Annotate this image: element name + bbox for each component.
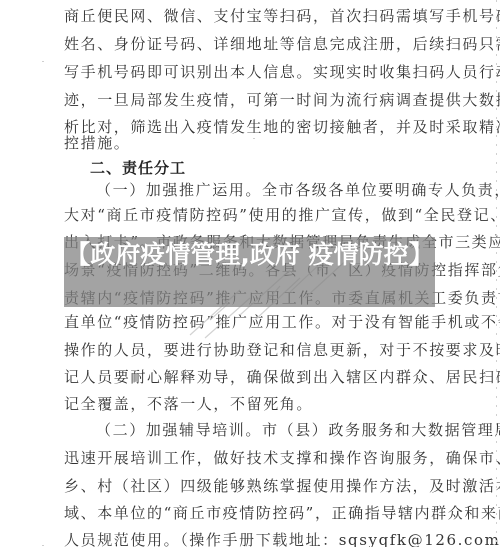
text-line: 操作的人员，要进行协助登记和信息更新，对于不按要求及时登 bbox=[64, 341, 436, 359]
text-line: 乡、村（社区）四级能够熟练掌握使用操作方法，及时激活本区 bbox=[64, 477, 436, 495]
text-line: 人员规范使用。（操作手册下载地址：sqsyqfk@126.com 密码 bbox=[64, 531, 436, 547]
scan-margin-line bbox=[496, 0, 497, 547]
text-line: 迹，一旦局部发生疫情，可第一时间为流行病调查提供大数据分 bbox=[64, 91, 436, 109]
text-line: （二）加强辅导培训。市（县）政务服务和大数据管理局要 bbox=[96, 421, 436, 439]
text-line: （一）加强推广运用。全市各级各单位要明确专人负责，加 bbox=[96, 181, 436, 199]
text-line: 直单位“疫情防控码”推广应用工作。对于没有智能手机或不会 bbox=[64, 313, 436, 331]
overlay-title: 【政府疫情管理,政府 疫情防控】 bbox=[64, 240, 435, 270]
scan-speck bbox=[253, 138, 255, 139]
text-line: 记人员要耐心解释劝导，确保做到出入辖区内群众、居民扫码登 bbox=[64, 368, 436, 386]
section-heading: 二、责任分工 bbox=[90, 159, 186, 177]
text-line: 域、本单位的“商丘市疫情防控码”，正确指导辖内群众和来商 bbox=[64, 504, 436, 522]
text-line: 控措施。 bbox=[64, 134, 436, 152]
text-line: 写手机号码即可识别出本人信息。实现实时收集扫码人员行动轨 bbox=[64, 63, 436, 81]
document-page: 商丘便民网、微信、支付宝等扫码，首次扫码需填写手机号码、 姓名、身份证号码、详细… bbox=[0, 0, 500, 547]
text-line: 商丘便民网、微信、支付宝等扫码，首次扫码需填写手机号码、 bbox=[64, 7, 436, 25]
text-line: 姓名、身份证号码、详细地址等信息完成注册，后续扫码只需填 bbox=[64, 35, 436, 53]
scan-speck bbox=[42, 61, 44, 62]
text-line: 大对“商丘市疫情防控码”使用的推广宣传，做到“全民登记、 bbox=[64, 206, 436, 224]
scan-speck bbox=[42, 545, 44, 546]
text-line: 迅速开展培训工作，做好技术支撑和操作咨询服务，确保市、县 bbox=[64, 449, 436, 467]
text-line: 记全覆盖，不落一人，不留死角。 bbox=[64, 395, 436, 413]
